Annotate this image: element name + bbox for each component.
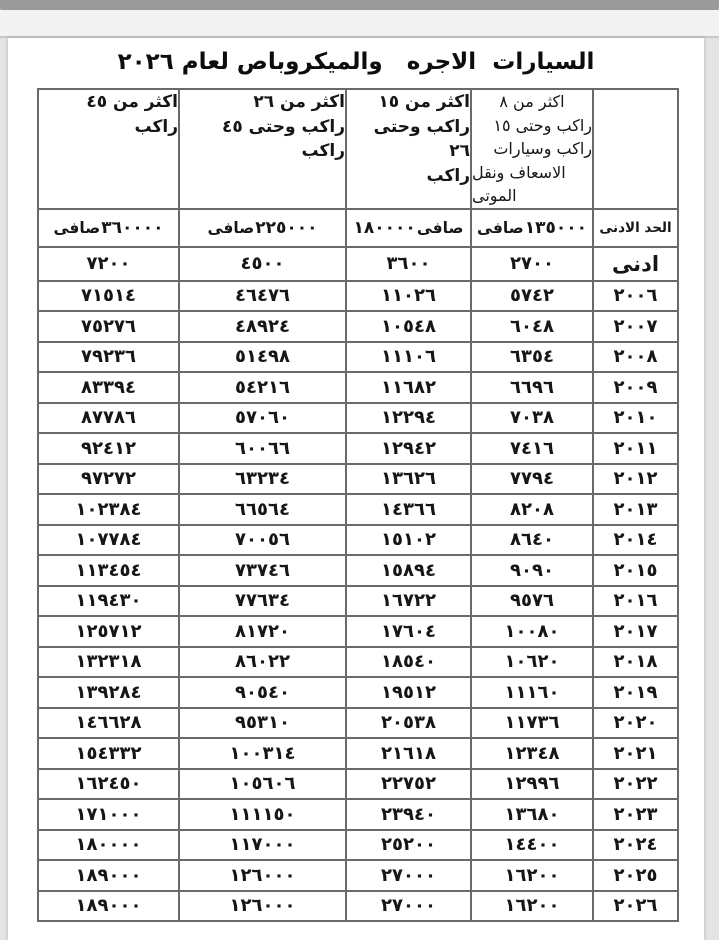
fee-cell-8-15: ١٦٢٠٠ bbox=[471, 860, 593, 891]
fee-cell-15-26: ١٠٥٤٨ bbox=[346, 311, 471, 342]
col-header-8-to-15-passengers: اكثر من ٨راكب وحتى ١٥راكب وسياراتالاسعاف… bbox=[471, 89, 593, 209]
safi-word: صافى bbox=[417, 219, 464, 237]
fee-cell-8-15: ١٠٠٨٠ bbox=[471, 616, 593, 647]
document-page: السيارات الاجره والميكروباص لعام ٢٠٢٦ اك… bbox=[8, 38, 704, 940]
fee-cell-over-45: ١٢٥٧١٢ bbox=[38, 616, 179, 647]
fee-cell-26-45: ٩٥٣١٠ bbox=[179, 708, 346, 739]
fee-cell-over-45: ١٧١٠٠٠ bbox=[38, 799, 179, 830]
year-cell: ٢٠١٩ bbox=[593, 677, 678, 708]
fee-cell-26-45: ٥٧٠٦٠ bbox=[179, 403, 346, 434]
fee-cell-15-26: ١٤٣٦٦ bbox=[346, 494, 471, 525]
fee-cell-over-45: ١٨٩٠٠٠ bbox=[38, 891, 179, 922]
year-cell: ٢٠٢١ bbox=[593, 738, 678, 769]
fee-cell-over-45: ١٨٩٠٠٠ bbox=[38, 860, 179, 891]
fee-cell-26-45: ٨١٧٢٠ bbox=[179, 616, 346, 647]
year-row: ٢٠٠٦٥٧٤٢١١٠٢٦٤٦٤٧٦٧١٥١٤ bbox=[38, 281, 678, 312]
year-row: ٢٠١٠٧٠٣٨١٢٢٩٤٥٧٠٦٠٨٧٧٨٦ bbox=[38, 403, 678, 434]
fee-cell-8-15: ٦٠٤٨ bbox=[471, 311, 593, 342]
header-line: اكثر من ١٥ bbox=[347, 90, 470, 115]
page-top-margin bbox=[0, 10, 719, 38]
fee-cell-over-45: ٩٧٢٧٢ bbox=[38, 464, 179, 495]
year-cell: ٢٠٢٤ bbox=[593, 830, 678, 861]
year-row: ٢٠١٣٨٢٠٨١٤٣٦٦٦٦٥٦٤١٠٢٣٨٤ bbox=[38, 494, 678, 525]
fee-cell-over-45: ٨٧٧٨٦ bbox=[38, 403, 179, 434]
fee-cell-15-26: ٢٥٢٠٠ bbox=[346, 830, 471, 861]
year-cell: ٢٠١٨ bbox=[593, 647, 678, 678]
minimum-net-cell: صافى٢٢٥٠٠٠ bbox=[179, 209, 346, 247]
fee-cell-15-26: ١٢٩٤٢ bbox=[346, 433, 471, 464]
fee-cell-over-45: ١٣٩٢٨٤ bbox=[38, 677, 179, 708]
year-row: ٢٠٠٨٦٣٥٤١١١٠٦٥١٤٩٨٧٩٢٣٦ bbox=[38, 342, 678, 373]
fee-cell-8-15: ١٦٢٠٠ bbox=[471, 891, 593, 922]
year-cell: ٢٠٢٠ bbox=[593, 708, 678, 739]
year-row: ٢٠٢٥١٦٢٠٠٢٧٠٠٠١٢٦٠٠٠١٨٩٠٠٠ bbox=[38, 860, 678, 891]
year-cell: ٢٠١٢ bbox=[593, 464, 678, 495]
fee-cell-over-45: ١٠٢٣٨٤ bbox=[38, 494, 179, 525]
adna-value-cell: ٢٧٠٠ bbox=[471, 247, 593, 281]
fee-cell-26-45: ٩٠٥٤٠ bbox=[179, 677, 346, 708]
fee-cell-26-45: ٦٠٠٦٦ bbox=[179, 433, 346, 464]
fee-cell-over-45: ١٣٢٣١٨ bbox=[38, 647, 179, 678]
header-line: راكب وحتى ٢٦ bbox=[347, 115, 470, 164]
fee-cell-15-26: ١٥٨٩٤ bbox=[346, 555, 471, 586]
fee-cell-26-45: ١٠٠٣١٤ bbox=[179, 738, 346, 769]
fee-cell-8-15: ١١١٦٠ bbox=[471, 677, 593, 708]
header-line: اكثر من ٢٦ bbox=[180, 90, 345, 115]
fee-cell-15-26: ١٩٥١٢ bbox=[346, 677, 471, 708]
year-row: ٢٠٢٦١٦٢٠٠٢٧٠٠٠١٢٦٠٠٠١٨٩٠٠٠ bbox=[38, 891, 678, 922]
adna-value-cell: ٤٥٠٠ bbox=[179, 247, 346, 281]
fee-cell-8-15: ٧٤١٦ bbox=[471, 433, 593, 464]
header-line: راكب bbox=[39, 115, 178, 140]
col-header-over-45-passengers: اكثر من ٤٥راكب bbox=[38, 89, 179, 209]
adna-row: ادنى ٢٧٠٠ ٣٦٠٠ ٤٥٠٠ ٧٢٠٠ bbox=[38, 247, 678, 281]
year-cell: ٢٠١٠ bbox=[593, 403, 678, 434]
year-cell: ٢٠١٥ bbox=[593, 555, 678, 586]
fee-cell-8-15: ٦٣٥٤ bbox=[471, 342, 593, 373]
minimum-net-cell: صافى١٣٥٠٠٠ bbox=[471, 209, 593, 247]
adna-value-cell: ٧٢٠٠ bbox=[38, 247, 179, 281]
fee-cell-15-26: ١٦٧٢٢ bbox=[346, 586, 471, 617]
header-line: الموتى bbox=[472, 184, 592, 208]
fee-cell-over-45: ١٠٧٧٨٤ bbox=[38, 525, 179, 556]
fee-cell-8-15: ٧٧٩٤ bbox=[471, 464, 593, 495]
fee-cell-8-15: ١٣٦٨٠ bbox=[471, 799, 593, 830]
fee-cell-8-15: ١٤٤٠٠ bbox=[471, 830, 593, 861]
year-cell: ٢٠٠٩ bbox=[593, 372, 678, 403]
fee-cell-26-45: ٧٣٧٤٦ bbox=[179, 555, 346, 586]
fee-cell-15-26: ٢١٦١٨ bbox=[346, 738, 471, 769]
viewer-top-bar bbox=[0, 0, 719, 10]
safi-word: صافى bbox=[54, 219, 101, 237]
year-rows: ٢٠٠٦٥٧٤٢١١٠٢٦٤٦٤٧٦٧١٥١٤٢٠٠٧٦٠٤٨١٠٥٤٨٤٨٩٢… bbox=[38, 281, 678, 922]
minimum-limit-row: الحد الادنى صافى١٣٥٠٠٠ ١٨٠٠٠٠صافى صافى٢٢… bbox=[38, 209, 678, 247]
header-line: اكثر من ٤٥ bbox=[39, 90, 178, 115]
fee-cell-8-15: ٦٦٩٦ bbox=[471, 372, 593, 403]
minimum-limit-label: الحد الادنى bbox=[593, 209, 678, 247]
fee-cell-8-15: ١٢٩٩٦ bbox=[471, 769, 593, 800]
fee-cell-15-26: ١٧٦٠٤ bbox=[346, 616, 471, 647]
year-row: ٢٠١٥٩٠٩٠١٥٨٩٤٧٣٧٤٦١١٣٤٥٤ bbox=[38, 555, 678, 586]
year-row: ٢٠٢١١٢٣٤٨٢١٦١٨١٠٠٣١٤١٥٤٣٣٢ bbox=[38, 738, 678, 769]
header-line: راكب وحتى ١٥ bbox=[472, 114, 592, 138]
fee-cell-15-26: ٢٧٠٠٠ bbox=[346, 860, 471, 891]
year-row: ٢٠٢٠١١٧٣٦٢٠٥٣٨٩٥٣١٠١٤٦٦٢٨ bbox=[38, 708, 678, 739]
fee-cell-8-15: ٥٧٤٢ bbox=[471, 281, 593, 312]
fee-cell-26-45: ٦٣٢٣٤ bbox=[179, 464, 346, 495]
fee-cell-over-45: ١٤٦٦٢٨ bbox=[38, 708, 179, 739]
fee-cell-15-26: ١٣٦٢٦ bbox=[346, 464, 471, 495]
year-row: ٢٠١٧١٠٠٨٠١٧٦٠٤٨١٧٢٠١٢٥٧١٢ bbox=[38, 616, 678, 647]
year-cell: ٢٠٢٥ bbox=[593, 860, 678, 891]
fee-cell-26-45: ٦٦٥٦٤ bbox=[179, 494, 346, 525]
year-column-header bbox=[593, 89, 678, 209]
fee-cell-over-45: ٧٩٢٣٦ bbox=[38, 342, 179, 373]
fee-cell-26-45: ١٠٥٦٠٦ bbox=[179, 769, 346, 800]
header-line: الاسعاف ونقل bbox=[472, 161, 592, 185]
fee-cell-8-15: ٨٦٤٠ bbox=[471, 525, 593, 556]
fee-cell-over-45: ١٨٠٠٠٠ bbox=[38, 830, 179, 861]
fee-cell-8-15: ٩٠٩٠ bbox=[471, 555, 593, 586]
fee-cell-26-45: ٥٤٢١٦ bbox=[179, 372, 346, 403]
fee-cell-26-45: ٥١٤٩٨ bbox=[179, 342, 346, 373]
minimum-net-cell: ١٨٠٠٠٠صافى bbox=[346, 209, 471, 247]
year-row: ٢٠١٤٨٦٤٠١٥١٠٢٧٠٠٥٦١٠٧٧٨٤ bbox=[38, 525, 678, 556]
fee-cell-8-15: ١١٧٣٦ bbox=[471, 708, 593, 739]
fee-cell-over-45: ٧١٥١٤ bbox=[38, 281, 179, 312]
minimum-net-amount: ١٣٥٠٠٠ bbox=[525, 218, 587, 238]
year-row: ٢٠١٩١١١٦٠١٩٥١٢٩٠٥٤٠١٣٩٢٨٤ bbox=[38, 677, 678, 708]
fee-cell-26-45: ١١١١٥٠ bbox=[179, 799, 346, 830]
year-cell: ٢٠٠٦ bbox=[593, 281, 678, 312]
safi-word: صافى bbox=[477, 219, 524, 237]
fee-cell-26-45: ١١٧٠٠٠ bbox=[179, 830, 346, 861]
col-header-15-to-26-passengers: اكثر من ١٥راكب وحتى ٢٦راكب bbox=[346, 89, 471, 209]
header-line: راكب bbox=[347, 164, 470, 189]
minimum-net-amount: ١٨٠٠٠٠ bbox=[354, 218, 416, 238]
year-cell: ٢٠٢٦ bbox=[593, 891, 678, 922]
fee-cell-8-15: ٧٠٣٨ bbox=[471, 403, 593, 434]
fee-cell-26-45: ١٢٦٠٠٠ bbox=[179, 860, 346, 891]
fee-cell-8-15: ١٠٦٢٠ bbox=[471, 647, 593, 678]
year-cell: ٢٠١٤ bbox=[593, 525, 678, 556]
fee-cell-over-45: ١١٣٤٥٤ bbox=[38, 555, 179, 586]
year-cell: ٢٠٠٨ bbox=[593, 342, 678, 373]
fee-cell-15-26: ١١٦٨٢ bbox=[346, 372, 471, 403]
fee-cell-15-26: ٢٢٧٥٢ bbox=[346, 769, 471, 800]
fee-cell-26-45: ١٢٦٠٠٠ bbox=[179, 891, 346, 922]
fee-cell-over-45: ٧٥٢٧٦ bbox=[38, 311, 179, 342]
fee-cell-15-26: ١١٠٢٦ bbox=[346, 281, 471, 312]
adna-label: ادنى bbox=[593, 247, 678, 281]
minimum-net-cell: صافى٣٦٠٠٠٠ bbox=[38, 209, 179, 247]
fee-cell-26-45: ٧٠٠٥٦ bbox=[179, 525, 346, 556]
adna-value-cell: ٣٦٠٠ bbox=[346, 247, 471, 281]
fee-cell-15-26: ١٨٥٤٠ bbox=[346, 647, 471, 678]
fee-cell-26-45: ٤٦٤٧٦ bbox=[179, 281, 346, 312]
year-cell: ٢٠١٣ bbox=[593, 494, 678, 525]
year-row: ٢٠٠٩٦٦٩٦١١٦٨٢٥٤٢١٦٨٣٣٩٤ bbox=[38, 372, 678, 403]
year-row: ٢٠٢٣١٣٦٨٠٢٣٩٤٠١١١١٥٠١٧١٠٠٠ bbox=[38, 799, 678, 830]
fee-cell-8-15: ٨٢٠٨ bbox=[471, 494, 593, 525]
fee-cell-over-45: ١٥٤٣٣٢ bbox=[38, 738, 179, 769]
fee-cell-15-26: ٢٠٥٣٨ bbox=[346, 708, 471, 739]
minimum-net-amount: ٢٢٥٠٠٠ bbox=[255, 218, 317, 238]
fee-cell-15-26: ٢٧٠٠٠ bbox=[346, 891, 471, 922]
year-row: ٢٠١٢٧٧٩٤١٣٦٢٦٦٣٢٣٤٩٧٢٧٢ bbox=[38, 464, 678, 495]
fee-cell-26-45: ٧٧٦٣٤ bbox=[179, 586, 346, 617]
fees-table: اكثر من ٨راكب وحتى ١٥راكب وسياراتالاسعاف… bbox=[37, 88, 679, 922]
fee-cell-8-15: ١٢٣٤٨ bbox=[471, 738, 593, 769]
year-cell: ٢٠٢٣ bbox=[593, 799, 678, 830]
fee-cell-over-45: ١١٩٤٣٠ bbox=[38, 586, 179, 617]
fee-cell-15-26: ١٢٢٩٤ bbox=[346, 403, 471, 434]
year-row: ٢٠١٨١٠٦٢٠١٨٥٤٠٨٦٠٢٢١٣٢٣١٨ bbox=[38, 647, 678, 678]
fee-cell-8-15: ٩٥٧٦ bbox=[471, 586, 593, 617]
year-row: ٢٠٢٢١٢٩٩٦٢٢٧٥٢١٠٥٦٠٦١٦٢٤٥٠ bbox=[38, 769, 678, 800]
fee-cell-26-45: ٨٦٠٢٢ bbox=[179, 647, 346, 678]
year-cell: ٢٠١٦ bbox=[593, 586, 678, 617]
header-line: اكثر من ٨ bbox=[472, 90, 592, 114]
fee-cell-15-26: ١٥١٠٢ bbox=[346, 525, 471, 556]
header-line: راكب وسيارات bbox=[472, 137, 592, 161]
header-row: اكثر من ٨راكب وحتى ١٥راكب وسياراتالاسعاف… bbox=[38, 89, 678, 209]
col-header-26-to-45-passengers: اكثر من ٢٦راكب وحتى ٤٥راكب bbox=[179, 89, 346, 209]
fee-cell-15-26: ٢٣٩٤٠ bbox=[346, 799, 471, 830]
year-row: ٢٠١١٧٤١٦١٢٩٤٢٦٠٠٦٦٩٢٤١٢ bbox=[38, 433, 678, 464]
year-cell: ٢٠١٧ bbox=[593, 616, 678, 647]
fee-cell-15-26: ١١١٠٦ bbox=[346, 342, 471, 373]
year-cell: ٢٠١١ bbox=[593, 433, 678, 464]
year-row: ٢٠٢٤١٤٤٠٠٢٥٢٠٠١١٧٠٠٠١٨٠٠٠٠ bbox=[38, 830, 678, 861]
fee-cell-over-45: ١٦٢٤٥٠ bbox=[38, 769, 179, 800]
year-row: ٢٠٠٧٦٠٤٨١٠٥٤٨٤٨٩٢٤٧٥٢٧٦ bbox=[38, 311, 678, 342]
header-line: راكب bbox=[180, 139, 345, 164]
header-line: راكب وحتى ٤٥ bbox=[180, 115, 345, 140]
year-row: ٢٠١٦٩٥٧٦١٦٧٢٢٧٧٦٣٤١١٩٤٣٠ bbox=[38, 586, 678, 617]
safi-word: صافى bbox=[208, 219, 255, 237]
year-cell: ٢٠٠٧ bbox=[593, 311, 678, 342]
fee-cell-26-45: ٤٨٩٢٤ bbox=[179, 311, 346, 342]
fee-cell-over-45: ٩٢٤١٢ bbox=[38, 433, 179, 464]
year-cell: ٢٠٢٢ bbox=[593, 769, 678, 800]
fee-cell-over-45: ٨٣٣٩٤ bbox=[38, 372, 179, 403]
document-title: السيارات الاجره والميكروباص لعام ٢٠٢٦ bbox=[18, 49, 694, 75]
minimum-net-amount: ٣٦٠٠٠٠ bbox=[101, 218, 163, 238]
